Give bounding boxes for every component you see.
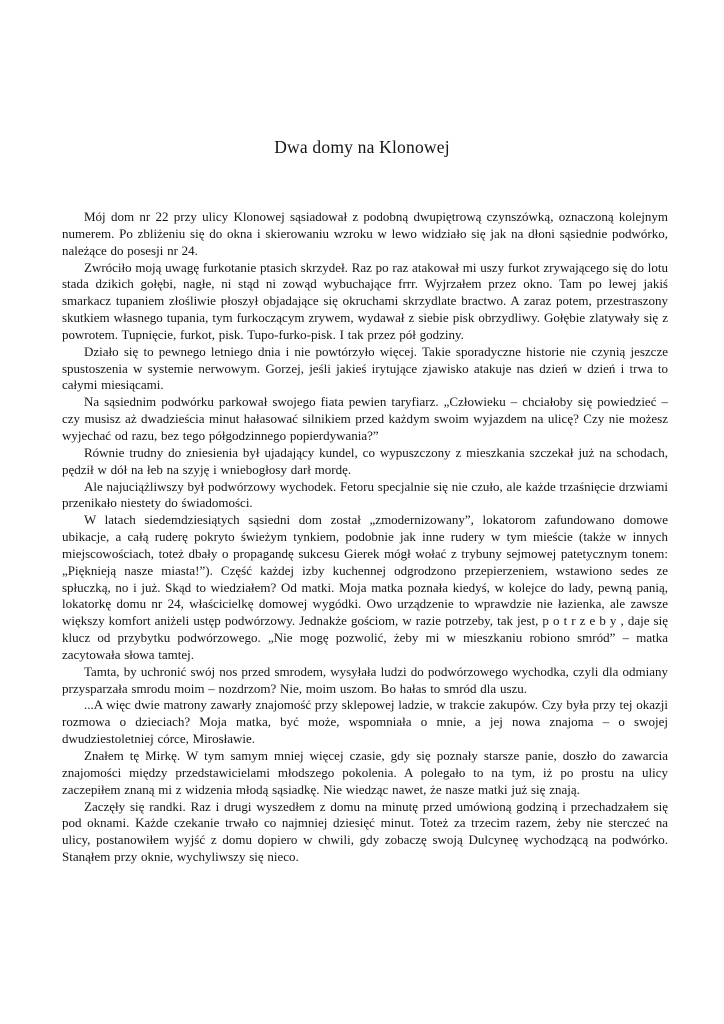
document-body: Mój dom nr 22 przy ulicy Klonowej sąsiad… (62, 209, 668, 866)
paragraph: Zaczęły się randki. Raz i drugi wyszedłe… (62, 799, 668, 866)
paragraph: Ale najuciążliwszy był podwórzowy wychod… (62, 479, 668, 513)
document-title: Dwa domy na Klonowej (0, 0, 724, 158)
paragraph: Zwróciło moją uwagę furkotanie ptasich s… (62, 260, 668, 344)
paragraph: Mój dom nr 22 przy ulicy Klonowej sąsiad… (62, 209, 668, 260)
paragraph: Znałem tę Mirkę. W tym samym mniej więce… (62, 748, 668, 799)
paragraph: W latach siedemdziesiątych sąsiedni dom … (62, 512, 668, 664)
paragraph: Tamta, by uchronić swój nos przed smrode… (62, 664, 668, 698)
paragraph: ...A więc dwie matrony zawarły znajomość… (62, 697, 668, 748)
document-page: Dwa domy na Klonowej Mój dom nr 22 przy … (0, 0, 724, 1024)
paragraph: Działo się to pewnego letniego dnia i ni… (62, 344, 668, 395)
paragraph: Na sąsiednim podwórku parkował swojego f… (62, 394, 668, 445)
paragraph: Równie trudny do zniesienia był ujadając… (62, 445, 668, 479)
